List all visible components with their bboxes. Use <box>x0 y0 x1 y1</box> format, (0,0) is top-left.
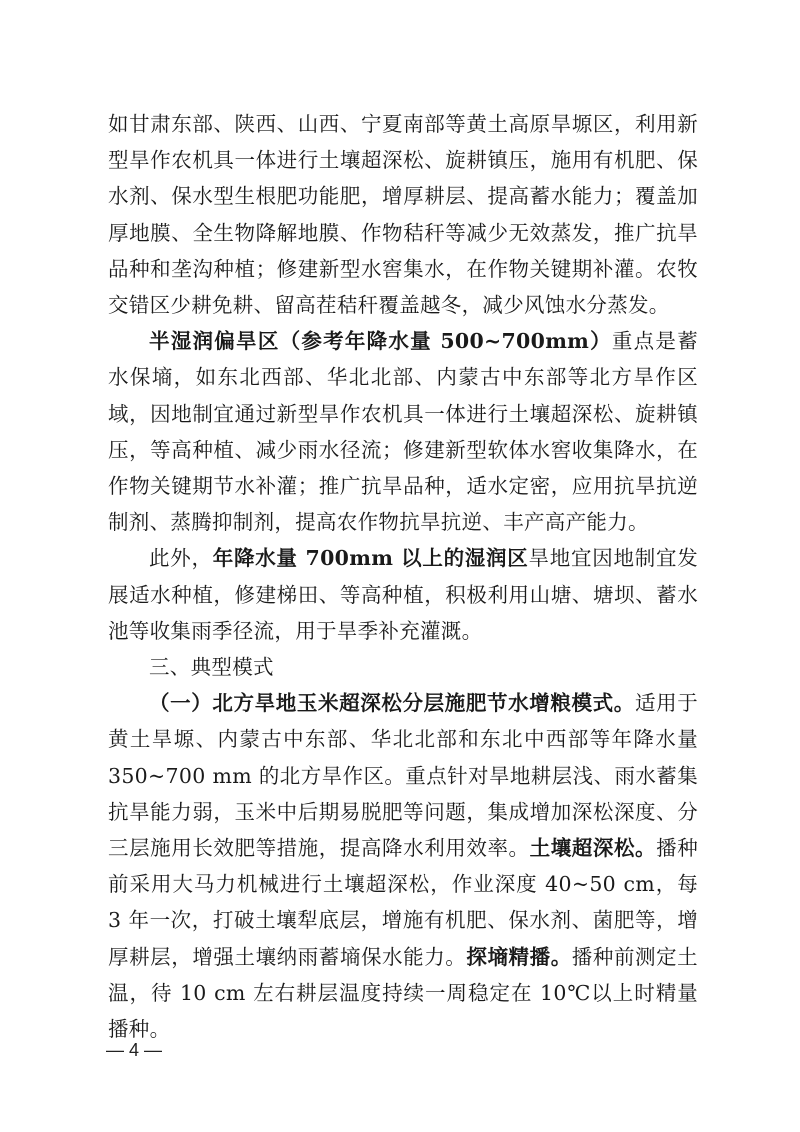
paragraph-text: 适用于黄土旱塬、内蒙古中东部、华北北部和东北中西部等年降水量 350~700 m… <box>108 691 698 860</box>
document-body: 如甘肃东部、陕西、山西、宁夏南部等黄土高原旱塬区，利用新型旱作农机具一体进行土壤… <box>108 106 698 1047</box>
bold-term-humid: 年降水量 700mm 以上的湿润区 <box>213 546 529 570</box>
paragraph-humid: 此外，年降水量 700mm 以上的湿润区旱地宜因地制宜发展适水种植，修建梯田、等… <box>108 540 698 649</box>
bold-term-precision-sowing: 探墒精播。 <box>466 945 571 969</box>
section-heading-text: 三、典型模式 <box>149 655 274 679</box>
subsection-title: （一）北方旱地玉米超深松分层施肥节水增粮模式。 <box>149 691 635 715</box>
paragraph-loess-plateau: 如甘肃东部、陕西、山西、宁夏南部等黄土高原旱塬区，利用新型旱作农机具一体进行土壤… <box>108 106 698 323</box>
paragraph-text: 重点是蓄水保墒，如东北西部、华北北部、内蒙古中东部等北方旱作区域，因地制宜通过新… <box>108 329 698 534</box>
paragraph-text: 此外， <box>149 546 213 570</box>
bold-term-semi-humid: 半湿润偏旱区（参考年降水量 500~700mm） <box>149 329 612 353</box>
paragraph-mode-one: （一）北方旱地玉米超深松分层施肥节水增粮模式。适用于黄土旱塬、内蒙古中东部、华北… <box>108 685 698 1047</box>
bold-term-deep-loosening: 土壤超深松。 <box>530 836 656 860</box>
page-number: — 4 — <box>106 1040 162 1061</box>
paragraph-semi-humid: 半湿润偏旱区（参考年降水量 500~700mm）重点是蓄水保墒，如东北西部、华北… <box>108 323 698 540</box>
paragraph-text: 如甘肃东部、陕西、山西、宁夏南部等黄土高原旱塬区，利用新型旱作农机具一体进行土壤… <box>108 112 698 317</box>
section-heading: 三、典型模式 <box>108 649 698 685</box>
